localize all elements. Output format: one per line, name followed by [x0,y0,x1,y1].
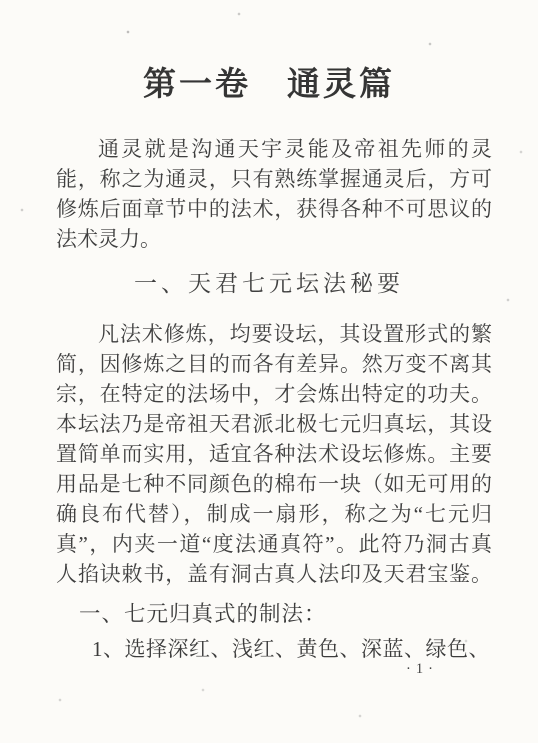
page-number: ·1· [406,661,438,678]
book-page: 第一卷 通灵篇 通灵就是沟通天宇灵能及帝祖先师的灵 能，称之为通灵，只有熟练掌握… [0,0,538,743]
intro-paragraph: 通灵就是沟通天宇灵能及帝祖先师的灵 能，称之为通灵，只有熟练掌握通灵后，方可 修… [56,134,492,254]
paragraph-line: 简，因修炼之目的而各有差异。然万变不离其 [56,349,492,379]
paragraph-line: 凡法术修炼，均要设坛，其设置形式的繁 [56,319,492,349]
paragraph-line: 置简单而实用，适宜各种法术设坛修炼。主要 [56,439,492,469]
paragraph-line: 宗，在特定的法场中，才会炼出特定的功夫。 [56,379,492,409]
paragraph-line: 能，称之为通灵，只有熟练掌握通灵后，方可 [56,164,492,194]
paragraph-line: 修炼后面章节中的法术，获得各种不可思议的 [56,194,492,224]
paragraph-line: 人掐诀敕书，盖有洞古真人法印及天君宝鉴。 [56,559,492,589]
paragraph-line: 通灵就是沟通天宇灵能及帝祖先师的灵 [56,134,492,164]
paragraph-line: 用品是七种不同颜色的棉布一块（如无可用的 [56,469,492,499]
paragraph-line: 法术灵力。 [56,224,492,254]
chapter-title: 第一卷 通灵篇 [0,58,538,105]
paragraph-line: 真”，内夹一道“度法通真符”。此符乃洞古真 [56,529,492,559]
subsection-heading: 一、七元归真式的制法： [79,597,327,628]
paragraph-line: 确良布代替），制成一扇形，称之为“七元归 [56,499,492,529]
body-paragraph: 凡法术修炼，均要设坛，其设置形式的繁 简，因修炼之目的而各有差异。然万变不离其 … [56,319,492,589]
section-heading: 一、天君七元坛法秘要 [0,265,538,298]
paragraph-line: 本坛法乃是帝祖天君派北极七元归真坛，其设 [56,409,492,439]
list-item: 1、选择深红、浅红、黄色、深蓝、绿色、 [92,633,490,663]
